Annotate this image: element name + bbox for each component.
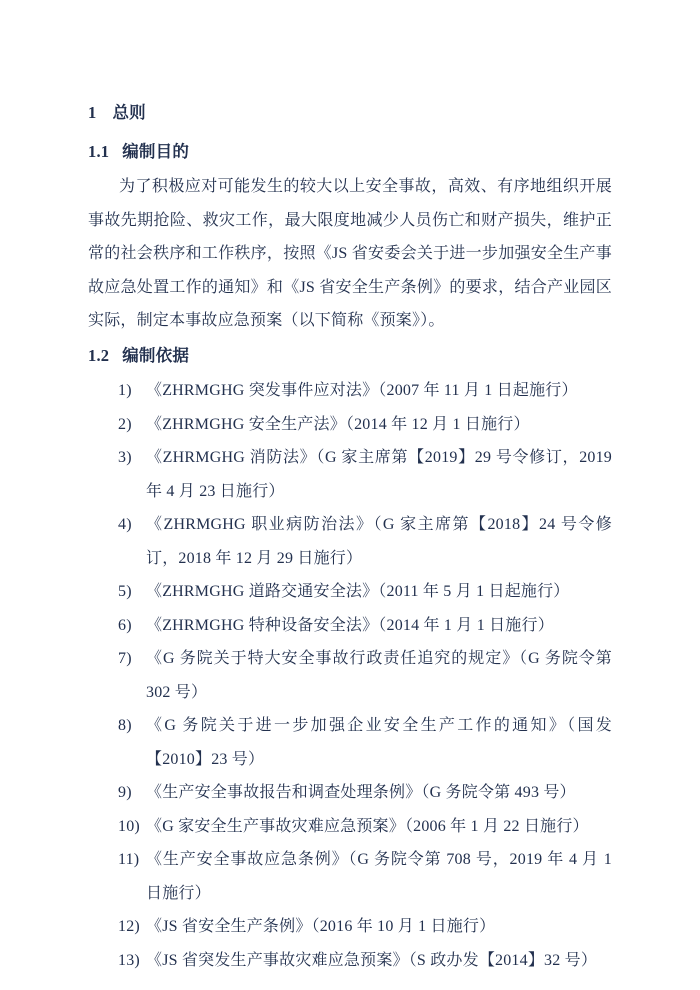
list-item-number: 10): [118, 810, 146, 844]
document-content: 1 总则 1.1 编制目的 为了积极应对可能发生的较大以上安全事故，高效、有序地…: [88, 96, 612, 977]
list-item-number: 2): [118, 408, 146, 442]
list-item-number: 9): [118, 776, 146, 810]
list-item-number: 13): [118, 944, 146, 978]
document-page: 1 总则 1.1 编制目的 为了积极应对可能发生的较大以上安全事故，高效、有序地…: [0, 0, 700, 990]
section-heading-1: 1 总则: [88, 96, 612, 130]
reference-list-item: 9) 《生产安全事故报告和调查处理条例》（G 务院令第 493 号）: [118, 776, 612, 810]
section-title: 编制目的: [122, 135, 189, 169]
reference-list-item: 12) 《JS 省安全生产条例》（2016 年 10 月 1 日施行）: [118, 910, 612, 944]
list-item-text: 《生产安全事故应急条例》（G 务院令第 708 号，2019 年 4 月 1 日…: [146, 843, 612, 910]
list-item-text: 《ZHRMGHG 特种设备安全法》（2014 年 1 月 1 日施行）: [146, 609, 612, 643]
list-item-text: 《ZHRMGHG 突发事件应对法》（2007 年 11 月 1 日起施行）: [146, 374, 612, 408]
section-heading-1-1: 1.1 编制目的: [88, 135, 612, 169]
reference-list-item: 4) 《ZHRMGHG 职业病防治法》（G 家主席第【2018】24 号令修订，…: [118, 508, 612, 575]
section-number: 1.1: [88, 135, 109, 169]
list-item-text: 《G 务院关于进一步加强企业安全生产工作的通知》（国发【2010】23 号）: [146, 709, 612, 776]
reference-list-item: 7) 《G 务院关于特大安全事故行政责任追究的规定》（G 务院令第 302 号）: [118, 642, 612, 709]
list-item-text: 《G 务院关于特大安全事故行政责任追究的规定》（G 务院令第 302 号）: [146, 642, 612, 709]
reference-list-item: 8) 《G 务院关于进一步加强企业安全生产工作的通知》（国发【2010】23 号…: [118, 709, 612, 776]
list-item-text: 《ZHRMGHG 道路交通安全法》（2011 年 5 月 1 日起施行）: [146, 575, 612, 609]
reference-list-item: 5) 《ZHRMGHG 道路交通安全法》（2011 年 5 月 1 日起施行）: [118, 575, 612, 609]
list-item-text: 《ZHRMGHG 职业病防治法》（G 家主席第【2018】24 号令修订，201…: [146, 508, 612, 575]
list-item-number: 11): [118, 843, 146, 910]
list-item-text: 《JS 省安全生产条例》（2016 年 10 月 1 日施行）: [146, 910, 612, 944]
section-number: 1: [88, 96, 96, 130]
reference-list-item: 3) 《ZHRMGHG 消防法》（G 家主席第【2019】29 号令修订，201…: [118, 441, 612, 508]
list-item-text: 《生产安全事故报告和调查处理条例》（G 务院令第 493 号）: [146, 776, 612, 810]
list-item-number: 4): [118, 508, 146, 575]
list-item-text: 《ZHRMGHG 消防法》（G 家主席第【2019】29 号令修订，2019 年…: [146, 441, 612, 508]
list-item-text: 《G 家安全生产事故灾难应急预案》（2006 年 1 月 22 日施行）: [146, 810, 612, 844]
reference-list-item: 13) 《JS 省突发生产事故灾难应急预案》（S 政办发【2014】32 号）: [118, 944, 612, 978]
list-item-number: 3): [118, 441, 146, 508]
list-item-number: 8): [118, 709, 146, 776]
list-item-text: 《ZHRMGHG 安全生产法》（2014 年 12 月 1 日施行）: [146, 408, 612, 442]
list-item-number: 6): [118, 609, 146, 643]
reference-list-item: 6) 《ZHRMGHG 特种设备安全法》（2014 年 1 月 1 日施行）: [118, 609, 612, 643]
section-heading-1-2: 1.2 编制依据: [88, 339, 612, 373]
section-title: 编制依据: [122, 339, 189, 373]
list-item-number: 7): [118, 642, 146, 709]
list-item-number: 5): [118, 575, 146, 609]
section-title: 总则: [112, 96, 145, 130]
list-item-text: 《JS 省突发生产事故灾难应急预案》（S 政办发【2014】32 号）: [146, 944, 612, 978]
reference-list-item: 1) 《ZHRMGHG 突发事件应对法》（2007 年 11 月 1 日起施行）: [118, 374, 612, 408]
reference-list-item: 10) 《G 家安全生产事故灾难应急预案》（2006 年 1 月 22 日施行）: [118, 810, 612, 844]
list-item-number: 12): [118, 910, 146, 944]
reference-list-item: 11) 《生产安全事故应急条例》（G 务院令第 708 号，2019 年 4 月…: [118, 843, 612, 910]
reference-list-item: 2) 《ZHRMGHG 安全生产法》（2014 年 12 月 1 日施行）: [118, 408, 612, 442]
purpose-paragraph: 为了积极应对可能发生的较大以上安全事故，高效、有序地组织开展事故先期抢险、救灾工…: [88, 170, 612, 338]
section-number: 1.2: [88, 339, 109, 373]
reference-list: 1) 《ZHRMGHG 突发事件应对法》（2007 年 11 月 1 日起施行）…: [88, 374, 612, 977]
list-item-number: 1): [118, 374, 146, 408]
